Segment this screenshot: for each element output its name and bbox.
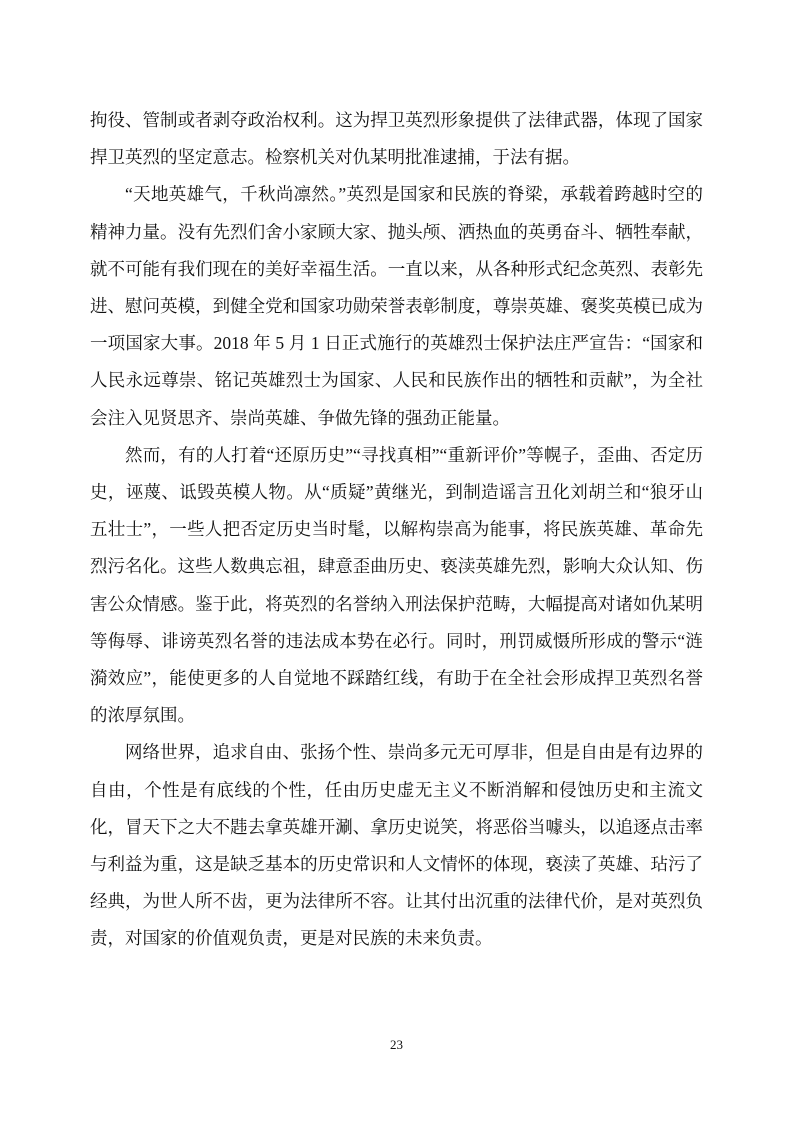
page-number: 23 (0, 1036, 793, 1054)
document-body: 拘役、管制或者剥夺政治权利。这为捍卫英烈形象提供了法律武器，体现了国家捍卫英烈的… (90, 102, 703, 958)
document-page: 拘役、管制或者剥夺政治权利。这为捍卫英烈形象提供了法律武器，体现了国家捍卫英烈的… (0, 0, 793, 1122)
paragraph: 拘役、管制或者剥夺政治权利。这为捍卫英烈形象提供了法律武器，体现了国家捍卫英烈的… (90, 102, 703, 176)
paragraph: 然而，有的人打着“还原历史”“寻找真相”“重新评价”等幌子，歪曲、否定历史，诬蔑… (90, 437, 703, 735)
paragraph: “天地英雄气，千秋尚凛然。”英烈是国家和民族的脊梁，承载着跨越时空的精神力量。没… (90, 176, 703, 436)
paragraph: 网络世界，追求自由、张扬个性、崇尚多元无可厚非，但是自由是有边界的自由，个性是有… (90, 734, 703, 957)
